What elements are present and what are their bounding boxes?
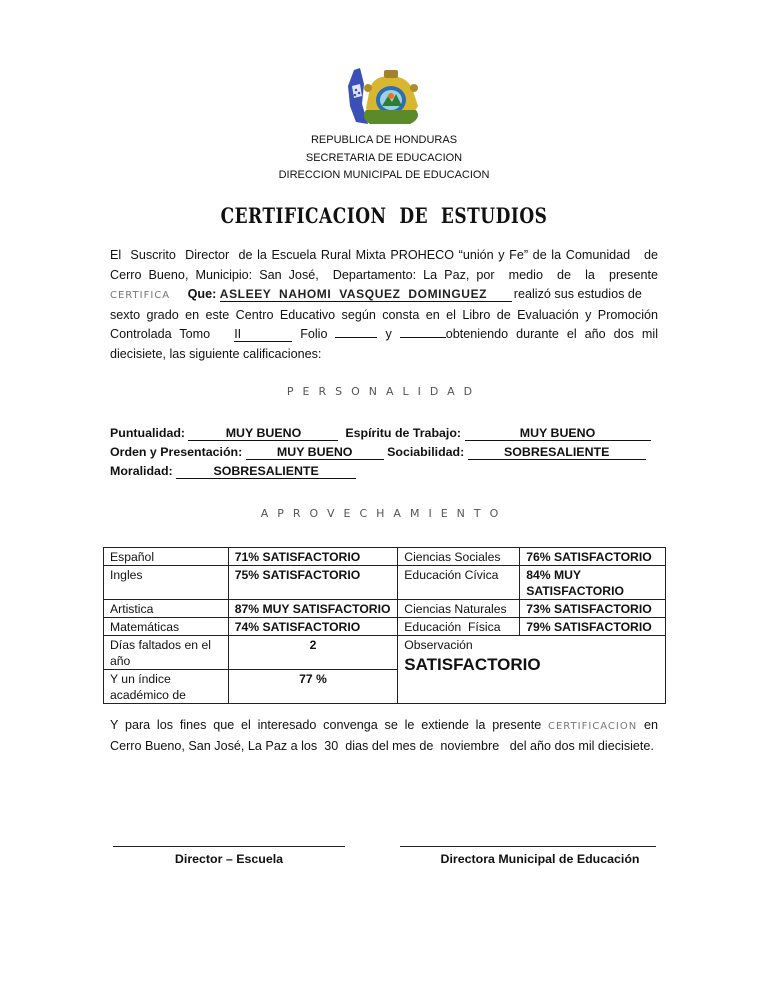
moralidad-value: SOBRESALIENTE [176, 464, 356, 479]
intro-line-3: CERTIFICA Que: ASLEEY NAHOMI VASQUEZ DOM… [110, 285, 658, 306]
subject-cell: Ciencias Sociales [398, 548, 520, 566]
sociabilidad-label: Sociabilidad: [387, 445, 464, 459]
header-republic: REPUBLICA DE HONDURAS [0, 131, 768, 149]
grade-cell: 74% SATISFACTORIO [228, 618, 398, 636]
grade-cell: 75% SATISFACTORIO [228, 566, 398, 600]
observacion-value: SATISFACTORIO [404, 657, 659, 673]
puntualidad-label: Puntualidad: [110, 426, 185, 440]
que-label: Que: [188, 287, 217, 301]
grade-cell: 73% SATISFACTORIO [520, 600, 666, 618]
grade-cell: 76% SATISFACTORIO [520, 548, 666, 566]
subject-cell: Español [104, 548, 229, 566]
grade-cell: 71% SATISFACTORIO [228, 548, 398, 566]
moralidad-label: Moralidad: [110, 464, 173, 478]
observacion-cell: Observación SATISFACTORIO [398, 636, 666, 704]
grade-cell: 87% MUY SATISFACTORIO [228, 600, 398, 618]
certificate-page: REPUBLICA DE HONDURAS SECRETARIA DE EDUC… [0, 0, 768, 988]
orden-label: Orden y Presentación: [110, 445, 242, 459]
signature-line-director [113, 846, 345, 847]
subject-cell: Ingles [104, 566, 229, 600]
closing-line-2: Cerro Bueno, San José, La Paz a los 30 d… [110, 737, 658, 757]
tomo-field: II [234, 327, 292, 342]
personalidad-row-2: Orden y Presentación: MUY BUENO Sociabil… [110, 443, 646, 462]
puntualidad-value: MUY BUENO [188, 426, 338, 441]
aprovechamiento-heading: APROVECHAMIENTO [0, 507, 768, 520]
indice-label-cell: Y un índice académico de [104, 670, 229, 704]
folio-field [335, 337, 377, 338]
certificacion-word: CERTIFICACION [548, 721, 637, 732]
indice-value-cell: 77 % [228, 670, 398, 704]
signature-label-directora: Directora Municipal de Educación [400, 852, 680, 866]
intro-line-3-tail: realizó sus estudios de [514, 287, 642, 301]
subject-cell: Matemáticas [104, 618, 229, 636]
student-name-field: ASLEEY NAHOMI VASQUEZ DOMINGUEZ [220, 287, 512, 302]
subject-cell: Artistica [104, 600, 229, 618]
personalidad-heading: PERSONALIDAD [0, 385, 768, 398]
observacion-label: Observación [404, 638, 472, 652]
personalidad-row-3: Moralidad: SOBRESALIENTE [110, 462, 356, 481]
certifica-word: CERTIFICA [110, 290, 170, 301]
table-row: Días faltados en el año 2 Observación SA… [104, 636, 666, 670]
y-field [400, 337, 446, 338]
honduras-coat-of-arms-icon [340, 66, 430, 128]
table-row: Ingles 75% SATISFACTORIO Educación Cívic… [104, 566, 666, 600]
signature-label-director: Director – Escuela [113, 852, 345, 866]
intro-line-4: sexto grado en este Centro Educativo seg… [110, 306, 658, 326]
header-secretaria: SECRETARIA DE EDUCACION [0, 149, 768, 167]
intro-line-1: El Suscrito Director de la Escuela Rural… [110, 246, 658, 266]
intro-paragraph: El Suscrito Director de la Escuela Rural… [110, 246, 658, 364]
subject-cell: Ciencias Naturales [398, 600, 520, 618]
dias-value-cell: 2 [228, 636, 398, 670]
closing-line-1: Y para los fines que el interesado conve… [110, 716, 658, 737]
header-direccion: DIRECCION MUNICIPAL DE EDUCACION [0, 166, 768, 184]
grade-cell: 84% MUY SATISFACTORIO [520, 566, 666, 600]
orden-value: MUY BUENO [246, 445, 384, 460]
signature-line-directora [400, 846, 656, 847]
subject-cell: Educación Cívica [398, 566, 520, 600]
intro-line-6: diecisiete, las siguiente calificaciones… [110, 345, 658, 365]
table-row: Artistica 87% MUY SATISFACTORIO Ciencias… [104, 600, 666, 618]
subject-cell: Educación Física [398, 618, 520, 636]
table-row: Matemáticas 74% SATISFACTORIO Educación … [104, 618, 666, 636]
grade-cell: 79% SATISFACTORIO [520, 618, 666, 636]
document-title: CERTIFICACION DE ESTUDIOS [0, 204, 768, 229]
espiritu-label: Espíritu de Trabajo: [345, 426, 461, 440]
dias-label-cell: Días faltados en el año [104, 636, 229, 670]
intro-line-5: Controlada Tomo II Folio y obteniendo du… [110, 325, 658, 345]
sociabilidad-value: SOBRESALIENTE [468, 445, 646, 460]
closing-paragraph: Y para los fines que el interesado conve… [110, 716, 658, 756]
espiritu-value: MUY BUENO [465, 426, 651, 441]
grades-table: Español 71% SATISFACTORIO Ciencias Socia… [103, 547, 666, 704]
intro-line-2: Cerro Bueno, Municipio: San José, Depart… [110, 266, 658, 286]
personalidad-row-1: Puntualidad: MUY BUENO Espíritu de Traba… [110, 424, 651, 443]
table-row: Español 71% SATISFACTORIO Ciencias Socia… [104, 548, 666, 566]
